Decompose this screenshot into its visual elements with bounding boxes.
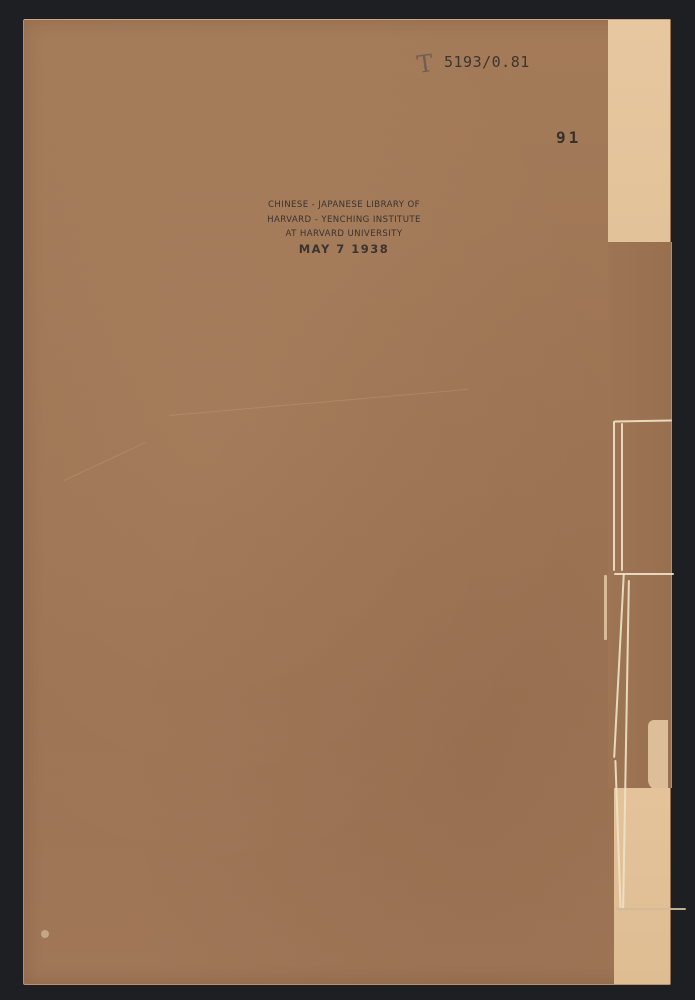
volume-number: 91 (556, 128, 581, 147)
paper-crease (169, 389, 468, 416)
stamp-line-3: AT HARVARD UNIVERSITY (254, 230, 434, 239)
book-cover: T 5193/0.81 91 CHINESE - JAPANESE LIBRAR… (23, 19, 671, 985)
binding-thread-left (613, 421, 615, 571)
paper-crease (64, 442, 146, 481)
call-number: 5193/0.81 (444, 53, 530, 71)
spine-edge-thread (604, 575, 607, 640)
paper-blemish (41, 930, 49, 938)
spine-paper-top (608, 20, 670, 242)
binding-thread-bottom (616, 908, 686, 910)
stamp-line-2: HARVARD - YENCHING INSTITUTE (254, 216, 434, 225)
pencil-annotation: T (415, 49, 435, 79)
stamp-line-1: CHINESE - JAPANESE LIBRARY OF (254, 201, 434, 210)
binding-thread-right (621, 423, 623, 571)
library-stamp: CHINESE - JAPANESE LIBRARY OF HARVARD - … (254, 201, 434, 255)
spine-paper-patch (648, 720, 668, 790)
stamp-date: MAY 7 1938 (254, 244, 434, 256)
